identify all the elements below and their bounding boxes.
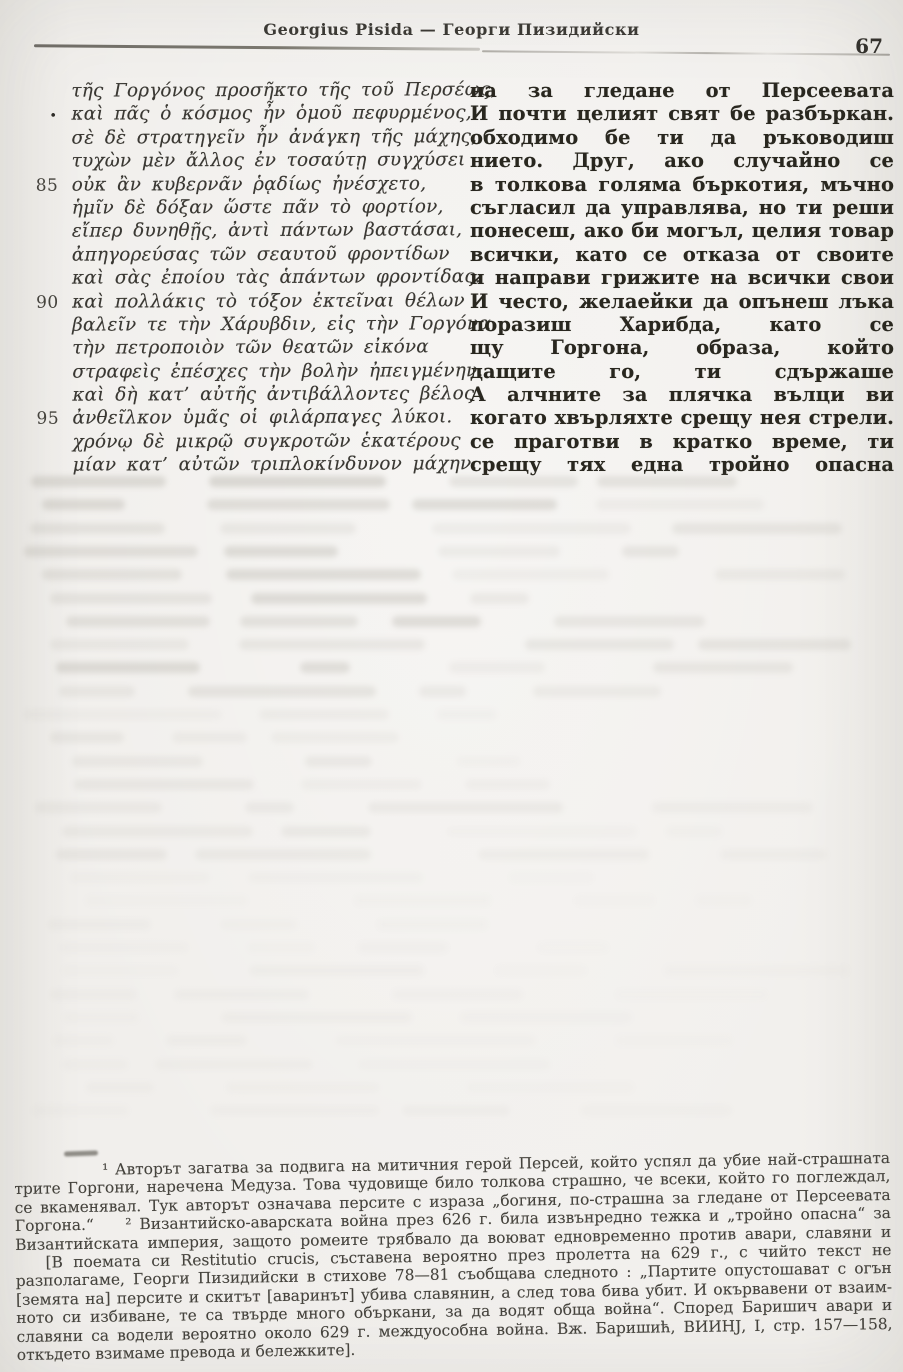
- greek-verse-line: 90καὶ πολλάκις τὸ τόξον ἐκτεῖναι θέλων: [36, 290, 468, 315]
- page-bleedthrough-ghost-text: [0, 470, 903, 1160]
- greek-verse-line: στραφεὶς ἐπέσχες τὴν βολὴν ἠπειγμένην.: [36, 360, 468, 385]
- translation-line: поразиш Харибда, като се обръщаше сре-: [470, 313, 894, 336]
- greek-verse-line: ἀπηγορεύσας τῶν σεαυτοῦ φροντίδων: [36, 243, 468, 268]
- translation-line: И почти целият свят бе разбъркан. Не-: [470, 102, 894, 125]
- bulgarian-translation-column: на за гледане от Персеевата Горгона¹. И …: [470, 79, 894, 477]
- greek-verse-line: •καὶ πᾶς ὁ κόσμος ἦν ὁμοῦ πεφυρμένος,: [35, 103, 467, 128]
- verse-bullet-marker: •: [35, 109, 71, 124]
- greek-verse-line: βαλεῖν τε τὴν Χάρυβδιν, εἰς τὴν Γοργόνα: [36, 313, 468, 338]
- footnotes-block: ¹ Авторът загатва за подвига на митичния…: [14, 1149, 893, 1364]
- translation-line: А алчните за плячка вълци ви отвличаха,: [470, 383, 894, 406]
- greek-verse-line: καὶ σὰς ἐποίου τὰς ἁπάντων φροντίδας.: [36, 266, 468, 291]
- greek-verse-line: 85οὐκ ἂν κυβερνᾶν ῥᾳδίως ἠνέσχετο,: [36, 173, 468, 198]
- translation-line: съгласил да управлява, но ти реши да: [470, 196, 894, 219]
- greek-verse-line: 95ἀνθεῖλκον ὑμᾶς οἱ φιλάρπαγες λύκοι.: [36, 407, 468, 432]
- translation-line: дащите го, ти сдържаше запратения удар.: [470, 360, 894, 383]
- translation-line: в толкова голяма бъркотия, мъчно би се: [470, 173, 894, 196]
- translation-line: се праготви в кратко време, ти издържа: [470, 430, 894, 453]
- verse-number: 90: [36, 292, 72, 312]
- greek-verse-line: τυχὼν μὲν ἄλλος ἐν τοσαύτῃ συγχύσει: [36, 149, 468, 174]
- translation-line: И често, желаейки да опънеш лъка и да: [470, 290, 894, 313]
- greek-verse-line: καὶ δὴ κατ’ αὐτῆς ἀντιβάλλοντες βέλος: [36, 383, 468, 408]
- translation-line: когато хвърляхте срещу нея стрели. Като: [470, 406, 894, 429]
- greek-verse-line: ἡμῖν δὲ δόξαν ὥστε πᾶν τὸ φορτίον,: [36, 196, 468, 221]
- translation-line: понесеш, ако би могъл, целия товар вмест…: [470, 219, 894, 242]
- translation-line: нието. Друг, ако случайно се намереше: [470, 149, 894, 172]
- translation-line: обходимо бе ти да ръководиш сраже-: [470, 126, 894, 149]
- greek-verse-line: τῆς Γοργόνος προσῆκτο τῆς τοῦ Περσέως,: [35, 79, 467, 104]
- verse-number: 95: [36, 409, 72, 429]
- header-rule-right: [482, 50, 890, 56]
- greek-verse-line: σὲ δὲ στρατηγεῖν ἦν ἀνάγκη τῆς μάχης,: [35, 126, 467, 151]
- greek-verse-line: χρόνῳ δὲ μικρῷ συγκροτῶν ἑκατέρους: [37, 430, 469, 455]
- translation-line: и направи грижите на всички свои грижи.: [470, 266, 894, 289]
- translation-line: всички, като се отказа от своите грижи: [470, 243, 894, 266]
- greek-text-column: τῆς Γοργόνος προσῆκτο τῆς τοῦ Περσέως, •…: [35, 79, 468, 478]
- scanned-book-page: Georgius Pisida — Георги Пизидийски 67 τ…: [0, 0, 903, 1372]
- header-rule-left: [34, 44, 480, 51]
- translation-line: на за гледане от Персеевата Горгона¹.: [470, 79, 894, 102]
- running-title: Georgius Pisida — Георги Пизидийски: [0, 20, 903, 39]
- greek-verse-line: τὴν πετροποιὸν τῶν θεατῶν εἰκόνα: [36, 337, 468, 362]
- translation-line: щу Горгона, образа, който вкаменява гле-: [470, 336, 894, 359]
- verse-number: 85: [36, 175, 72, 195]
- greek-verse-line: εἴπερ δυνηθῇς, ἀντὶ πάντων βαστάσαι,: [36, 220, 468, 245]
